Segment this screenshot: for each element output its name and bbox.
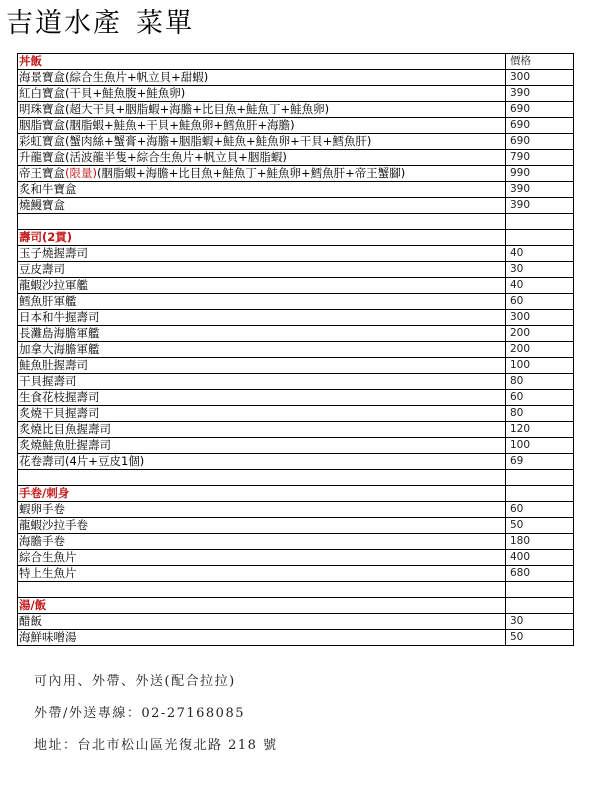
section-header-row: 丼飯 價格 xyxy=(18,54,574,70)
item-name: 炙燒比目魚握壽司 xyxy=(18,422,506,438)
item-price: 50 xyxy=(506,518,574,534)
item-price: 390 xyxy=(506,198,574,214)
item-name: 龍蝦沙拉軍艦 xyxy=(18,278,506,294)
table-row: 海鮮味噌湯50 xyxy=(18,630,574,646)
item-name: 明珠寶盒(超大干貝+胭脂蝦+海膽+比目魚+鮭魚丁+鮭魚卵) xyxy=(18,102,506,118)
table-row: 醋飯30 xyxy=(18,614,574,630)
item-name: 炙和牛寶盒 xyxy=(18,182,506,198)
item-name: 炙燒鮭魚肚握壽司 xyxy=(18,438,506,454)
table-row: 特上生魚片680 xyxy=(18,566,574,582)
item-price: 120 xyxy=(506,422,574,438)
table-row: 炙燒鮭魚肚握壽司100 xyxy=(18,438,574,454)
item-price: 790 xyxy=(506,150,574,166)
item-name: 加拿大海膽軍艦 xyxy=(18,342,506,358)
section-title: 湯/飯 xyxy=(18,598,506,614)
item-name: 花卷壽司(4片+豆皮1個) xyxy=(18,454,506,470)
spacer-row xyxy=(18,582,574,598)
item-name: 帝王寶盒(限量)(胭脂蝦+海膽+比目魚+鮭魚丁+鮭魚卵+鱈魚肝+帝王蟹腳) xyxy=(18,166,506,182)
item-price: 990 xyxy=(506,166,574,182)
item-name: 龍蝦沙拉手卷 xyxy=(18,518,506,534)
item-name: 醋飯 xyxy=(18,614,506,630)
item-price: 300 xyxy=(506,70,574,86)
menu-table: 丼飯 價格 海景寶盒(綜合生魚片+帆立貝+甜蝦)300 紅白寶盒(干貝+鮭魚腹+… xyxy=(17,53,574,646)
table-row: 玉子燒握壽司40 xyxy=(18,246,574,262)
item-price: 50 xyxy=(506,630,574,646)
item-price: 400 xyxy=(506,550,574,566)
item-name: 鮭魚肚握壽司 xyxy=(18,358,506,374)
item-name: 鱈魚肝軍艦 xyxy=(18,294,506,310)
item-price: 200 xyxy=(506,342,574,358)
table-row: 豆皮壽司30 xyxy=(18,262,574,278)
item-price: 680 xyxy=(506,566,574,582)
menu-label: 菜單 xyxy=(136,8,194,39)
table-row: 龍蝦沙拉軍艦40 xyxy=(18,278,574,294)
item-price: 40 xyxy=(506,246,574,262)
item-name: 胭脂寶盒(胭脂蝦+鮭魚+干貝+鮭魚卵+鱈魚肝+海膽) xyxy=(18,118,506,134)
limited-tag: (限量) xyxy=(65,166,97,180)
table-row: 鱈魚肝軍艦60 xyxy=(18,294,574,310)
phone-line: 外帶/外送專線：02-27168085 xyxy=(34,702,245,721)
item-price: 80 xyxy=(506,406,574,422)
table-row: 明珠寶盒(超大干貝+胭脂蝦+海膽+比目魚+鮭魚丁+鮭魚卵)690 xyxy=(18,102,574,118)
section-header-row: 手卷/刺身 xyxy=(18,486,574,502)
item-name: 蝦卵手卷 xyxy=(18,502,506,518)
service-note: 可內用、外帶、外送(配合拉拉) xyxy=(34,670,236,689)
item-name-detail: (胭脂蝦+海膽+比目魚+鮭魚丁+鮭魚卵+鱈魚肝+帝王蟹腳) xyxy=(97,166,405,180)
item-name: 海鮮味噌湯 xyxy=(18,630,506,646)
item-name: 彩虹寶盒(蟹肉絲+蟹膏+海膽+胭脂蝦+鮭魚+鮭魚卵+干貝+鱈魚肝) xyxy=(18,134,506,150)
table-row: 龍蝦沙拉手卷50 xyxy=(18,518,574,534)
table-row: 長灘島海膽軍艦200 xyxy=(18,326,574,342)
spacer-row xyxy=(18,470,574,486)
section-header-row: 壽司(2貫) xyxy=(18,230,574,246)
shop-name: 吉道水產 xyxy=(6,8,122,39)
table-row: 炙燒干貝握壽司80 xyxy=(18,406,574,422)
table-row: 炙燒比目魚握壽司120 xyxy=(18,422,574,438)
item-name: 燒鰻寶盒 xyxy=(18,198,506,214)
item-price: 690 xyxy=(506,102,574,118)
item-name: 升龍寶盒(活波龍半隻+綜合生魚片+帆立貝+胭脂蝦) xyxy=(18,150,506,166)
item-name: 生食花枝握壽司 xyxy=(18,390,506,406)
section-title: 丼飯 xyxy=(18,54,506,70)
item-price: 690 xyxy=(506,134,574,150)
item-name: 豆皮壽司 xyxy=(18,262,506,278)
item-name: 長灘島海膽軍艦 xyxy=(18,326,506,342)
table-row: 燒鰻寶盒390 xyxy=(18,198,574,214)
table-row: 彩虹寶盒(蟹肉絲+蟹膏+海膽+胭脂蝦+鮭魚+鮭魚卵+干貝+鱈魚肝)690 xyxy=(18,134,574,150)
table-row: 花卷壽司(4片+豆皮1個)69 xyxy=(18,454,574,470)
address-line: 地址：台北市松山區光復北路 218 號 xyxy=(34,734,278,753)
table-row: 蝦卵手卷60 xyxy=(18,502,574,518)
item-name: 綜合生魚片 xyxy=(18,550,506,566)
item-name: 海膽手卷 xyxy=(18,534,506,550)
table-row: 紅白寶盒(干貝+鮭魚腹+鮭魚卵)390 xyxy=(18,86,574,102)
item-price: 30 xyxy=(506,614,574,630)
item-price: 100 xyxy=(506,438,574,454)
table-row: 海膽手卷180 xyxy=(18,534,574,550)
item-price: 60 xyxy=(506,502,574,518)
item-price: 60 xyxy=(506,390,574,406)
section-title: 手卷/刺身 xyxy=(18,486,506,502)
item-name-prefix: 帝王寶盒 xyxy=(19,166,65,180)
item-price: 690 xyxy=(506,118,574,134)
item-price: 100 xyxy=(506,358,574,374)
item-price: 390 xyxy=(506,86,574,102)
item-name: 日本和牛握壽司 xyxy=(18,310,506,326)
item-price: 80 xyxy=(506,374,574,390)
table-row: 加拿大海膽軍艦200 xyxy=(18,342,574,358)
item-price: 300 xyxy=(506,310,574,326)
item-name: 特上生魚片 xyxy=(18,566,506,582)
item-price: 60 xyxy=(506,294,574,310)
table-row: 日本和牛握壽司300 xyxy=(18,310,574,326)
table-row: 鮭魚肚握壽司100 xyxy=(18,358,574,374)
table-row: 帝王寶盒(限量)(胭脂蝦+海膽+比目魚+鮭魚丁+鮭魚卵+鱈魚肝+帝王蟹腳) 99… xyxy=(18,166,574,182)
price-header: 價格 xyxy=(506,54,574,70)
item-name: 干貝握壽司 xyxy=(18,374,506,390)
item-price: 200 xyxy=(506,326,574,342)
item-price: 69 xyxy=(506,454,574,470)
item-name: 海景寶盒(綜合生魚片+帆立貝+甜蝦) xyxy=(18,70,506,86)
table-row: 海景寶盒(綜合生魚片+帆立貝+甜蝦)300 xyxy=(18,70,574,86)
item-name: 炙燒干貝握壽司 xyxy=(18,406,506,422)
menu-title: 吉道水產菜單 xyxy=(6,6,194,42)
item-price: 30 xyxy=(506,262,574,278)
table-row: 生食花枝握壽司60 xyxy=(18,390,574,406)
item-name: 玉子燒握壽司 xyxy=(18,246,506,262)
section-title: 壽司(2貫) xyxy=(18,230,506,246)
item-price: 40 xyxy=(506,278,574,294)
spacer-row xyxy=(18,214,574,230)
item-price: 180 xyxy=(506,534,574,550)
item-price: 390 xyxy=(506,182,574,198)
table-row: 綜合生魚片400 xyxy=(18,550,574,566)
section-header-row: 湯/飯 xyxy=(18,598,574,614)
table-row: 炙和牛寶盒390 xyxy=(18,182,574,198)
table-row: 胭脂寶盒(胭脂蝦+鮭魚+干貝+鮭魚卵+鱈魚肝+海膽)690 xyxy=(18,118,574,134)
table-row: 升龍寶盒(活波龍半隻+綜合生魚片+帆立貝+胭脂蝦)790 xyxy=(18,150,574,166)
table-row: 干貝握壽司80 xyxy=(18,374,574,390)
item-name: 紅白寶盒(干貝+鮭魚腹+鮭魚卵) xyxy=(18,86,506,102)
